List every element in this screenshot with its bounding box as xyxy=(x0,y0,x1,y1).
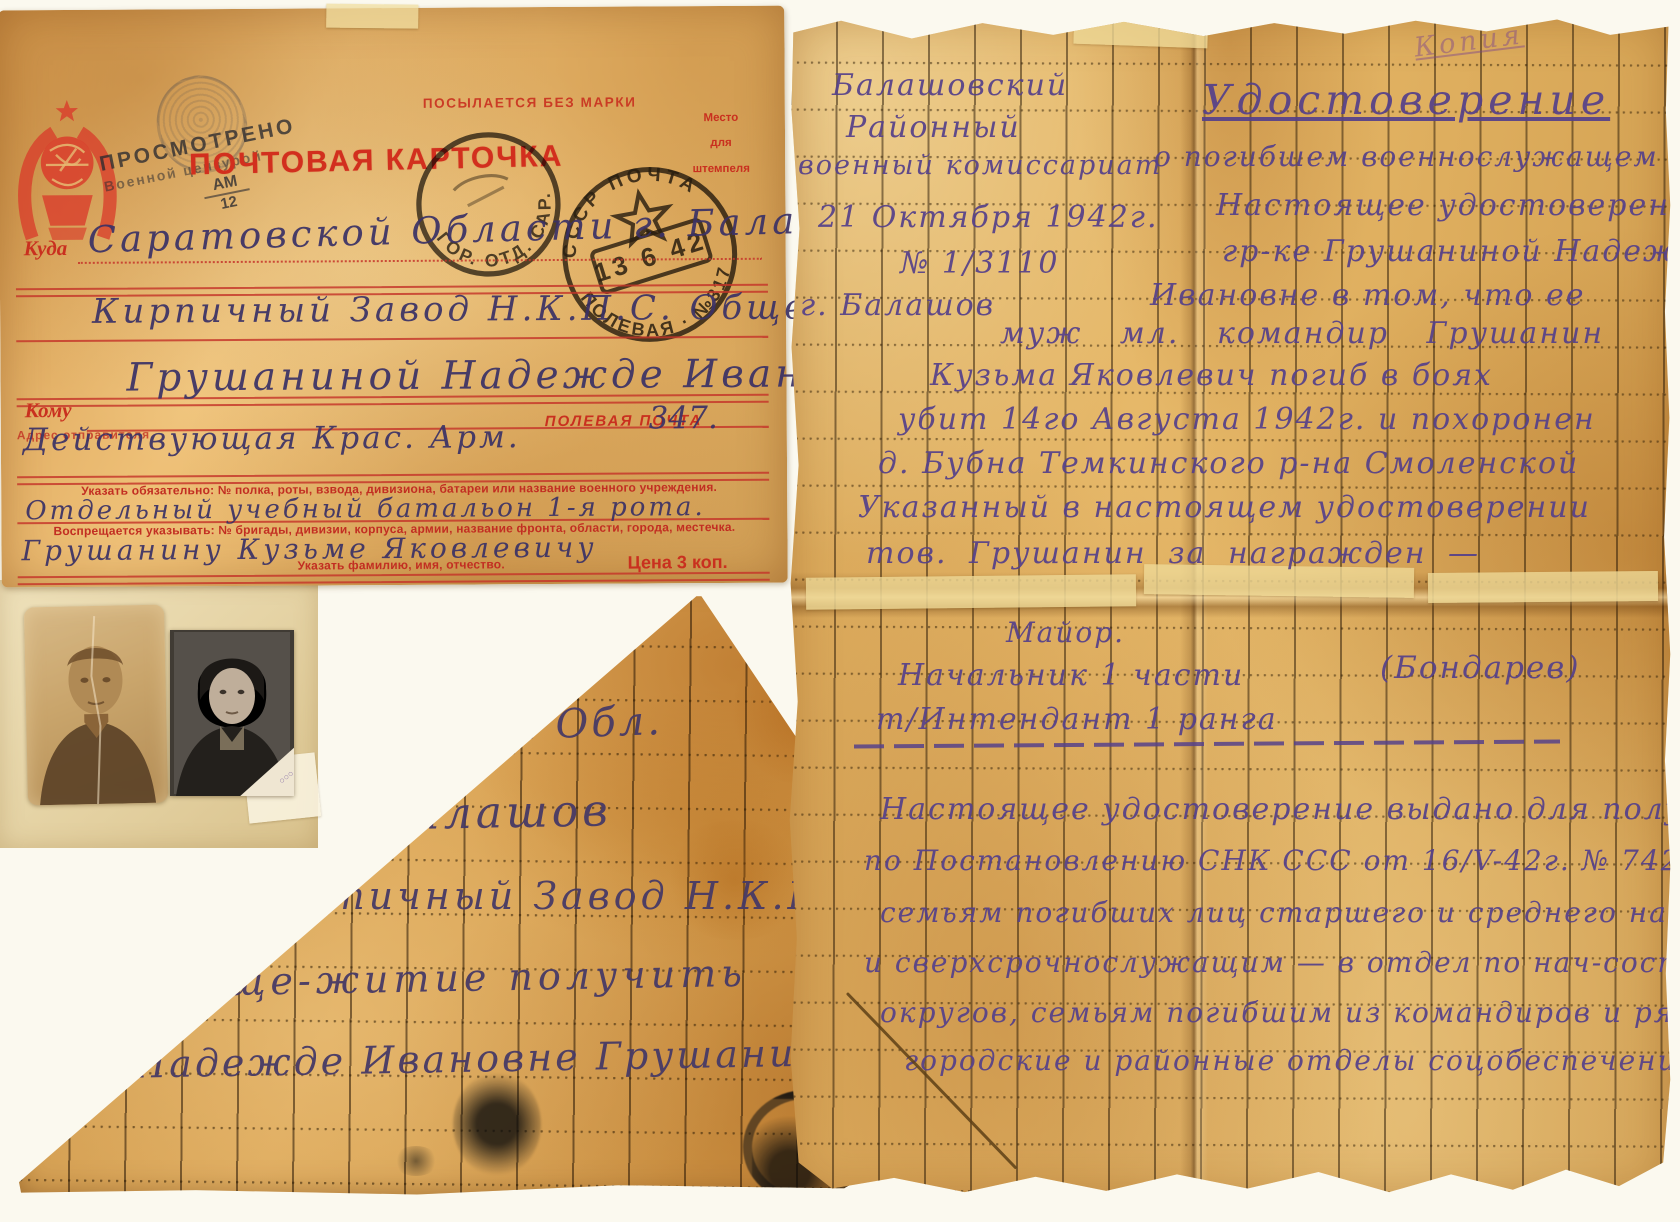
komu-label: Кому xyxy=(25,398,72,423)
certificate-body-line: Указанный в настоящем удостоверении xyxy=(858,490,1591,525)
certificate-body-line: муж мл. командир Грушанин xyxy=(1000,316,1604,351)
certificate-body-line: убит 14го Августа 1942г. и похоронен xyxy=(898,402,1596,437)
certificate-title: Удостоверение xyxy=(1202,76,1610,124)
letterhead-line: Районный xyxy=(846,110,1021,145)
certificate-note-line: по Постановлению СНК ССС от 16/V-42г. № … xyxy=(864,844,1680,877)
triangle-address-line: г. Балашов xyxy=(315,785,613,841)
price-label: Цена 3 коп. xyxy=(628,552,728,574)
kuda-label: Куда xyxy=(24,236,68,261)
certificate-subtitle: о погибшем военнослужащем xyxy=(1154,140,1659,173)
field-post-number-handwritten: 347. xyxy=(649,400,718,436)
postmark-fieldpost: СССР ПОЧТА ПОЛЕВАЯ · №317 13 6 42 xyxy=(538,143,761,366)
certificate-body-line: гр-ке Грушаниной Надежде xyxy=(1222,234,1680,269)
name-note: Указать фамилию, имя, отчество. xyxy=(298,557,505,572)
signature-name: (Бондарев) xyxy=(1380,650,1580,686)
corner-stamp-marks: ○○○ xyxy=(276,768,294,786)
letterhead-line: № 1/3110 xyxy=(900,246,1059,281)
letterhead-line: военный комиссариат xyxy=(798,150,1162,181)
tape-piece xyxy=(806,574,1136,609)
certificate-body-line: тов. Грушанин за награжден — xyxy=(866,536,1480,571)
signature-post-line: т/Интендант 1 ранга xyxy=(876,702,1278,737)
ink-smudge xyxy=(453,1072,541,1176)
certificate-note-line: и сверхсрочнослужащим — в отдел по нач-с… xyxy=(864,946,1680,979)
certificate-note-line: Настоящее удостоверение выдано для получ… xyxy=(880,792,1680,827)
postcard-front: ПРОСМОТРЕНО Военной цензурой АМ 12 ПОСЫЛ… xyxy=(0,6,788,588)
man-portrait-image xyxy=(24,605,168,806)
certificate-page: Копия Балашовский Районный военный комис… xyxy=(788,16,1672,1198)
letterhead-line: г. Балашов xyxy=(800,288,995,323)
certificate-body-line: д. Бубна Темкинского р-на Смоленской xyxy=(878,446,1579,481)
certificate-body-line: Кузьма Яковлевич погиб в боях xyxy=(930,358,1493,393)
photo-portrait-man xyxy=(24,605,168,806)
certificate-note-line: округов, семьям погибшим из командиров и… xyxy=(880,996,1680,1029)
signature-rank: Майор. xyxy=(1006,616,1125,649)
letterhead-line: 21 Октября 1942г. xyxy=(818,200,1159,235)
tape-piece xyxy=(1428,571,1658,603)
certificate-body-line: Настоящее удостоверение xyxy=(1216,188,1680,223)
certificate-note-line: семьям погибших лиц старшего и среднего … xyxy=(880,896,1680,929)
signature-post-line: Начальник 1 части xyxy=(898,658,1244,693)
triangle-address-line: Сар. Обл. xyxy=(434,698,663,752)
sender-line-handwritten: Действующая Крас. Арм. xyxy=(23,419,521,458)
letterhead-line: Балашовский xyxy=(832,68,1068,103)
scanned-documents-collage: ПРОСМОТРЕНО Военной цензурой АМ 12 ПОСЫЛ… xyxy=(0,0,1680,1222)
photo-portrait-woman: ○○○ xyxy=(170,630,294,796)
certificate-body-line: Ивановне в том, что ее xyxy=(1150,278,1586,313)
tape-piece xyxy=(1073,6,1208,49)
certificate-note-line: городские и районные отделы соцобеспечен… xyxy=(904,1044,1680,1077)
ink-smudge xyxy=(393,1146,439,1176)
tape-piece xyxy=(326,4,418,29)
address-rule xyxy=(18,572,770,586)
stamp-place-word: Место xyxy=(689,106,753,132)
